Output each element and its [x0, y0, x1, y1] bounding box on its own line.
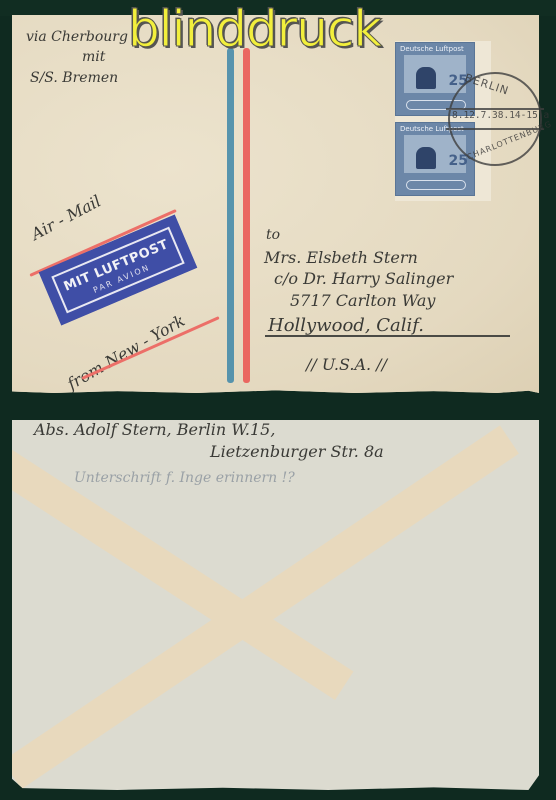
stamp-header: Deutsche Luftpost	[400, 45, 470, 53]
address-line-3: 5717 Carlton Way	[290, 291, 435, 310]
watermark: blinddruck	[128, 0, 381, 58]
zeppelin-icon	[406, 180, 466, 190]
postmark-date: 8.12.7.38.14-15 a	[452, 110, 549, 121]
label-border: MIT LUFTPOST PAR AVION	[51, 227, 184, 314]
airmail-handwritten-note: Air - Mail	[28, 191, 104, 243]
par-avion-label: MIT LUFTPOST PAR AVION	[39, 214, 198, 325]
address-line-4: Hollywood, Calif.	[268, 315, 424, 336]
sender-line-1: Abs. Adolf Stern, Berlin W.15,	[34, 420, 275, 439]
stamp-portrait	[416, 67, 436, 89]
postmark-city: BERLIN	[463, 71, 511, 98]
routing-note-line-1: via Cherbourg	[26, 29, 128, 45]
sender-line-2: Lietzenburger Str. 8a	[210, 442, 384, 461]
stamp-portrait	[416, 147, 436, 169]
address-underline	[265, 335, 510, 337]
pencil-note: Unterschrift f. Inge erinnern !?	[74, 470, 295, 486]
postmark: BERLIN 8.12.7.38.14-15 a CHARLOTTENBURG	[448, 72, 542, 166]
address-line-1: Mrs. Elsbeth Stern	[264, 248, 418, 267]
routing-note-line-3: S/S. Bremen	[30, 70, 118, 86]
address-prefix: to	[266, 227, 280, 243]
address-line-5: // U.S.A. //	[306, 355, 387, 374]
address-line-2: c/o Dr. Harry Salinger	[274, 269, 453, 288]
blue-airmail-stripe	[227, 48, 234, 383]
red-airmail-stripe	[243, 48, 250, 383]
envelope-back: Abs. Adolf Stern, Berlin W.15, Lietzenbu…	[12, 420, 539, 790]
origin-handwritten-note: from New - York	[64, 311, 188, 394]
routing-note-line-2: mit	[82, 49, 105, 65]
